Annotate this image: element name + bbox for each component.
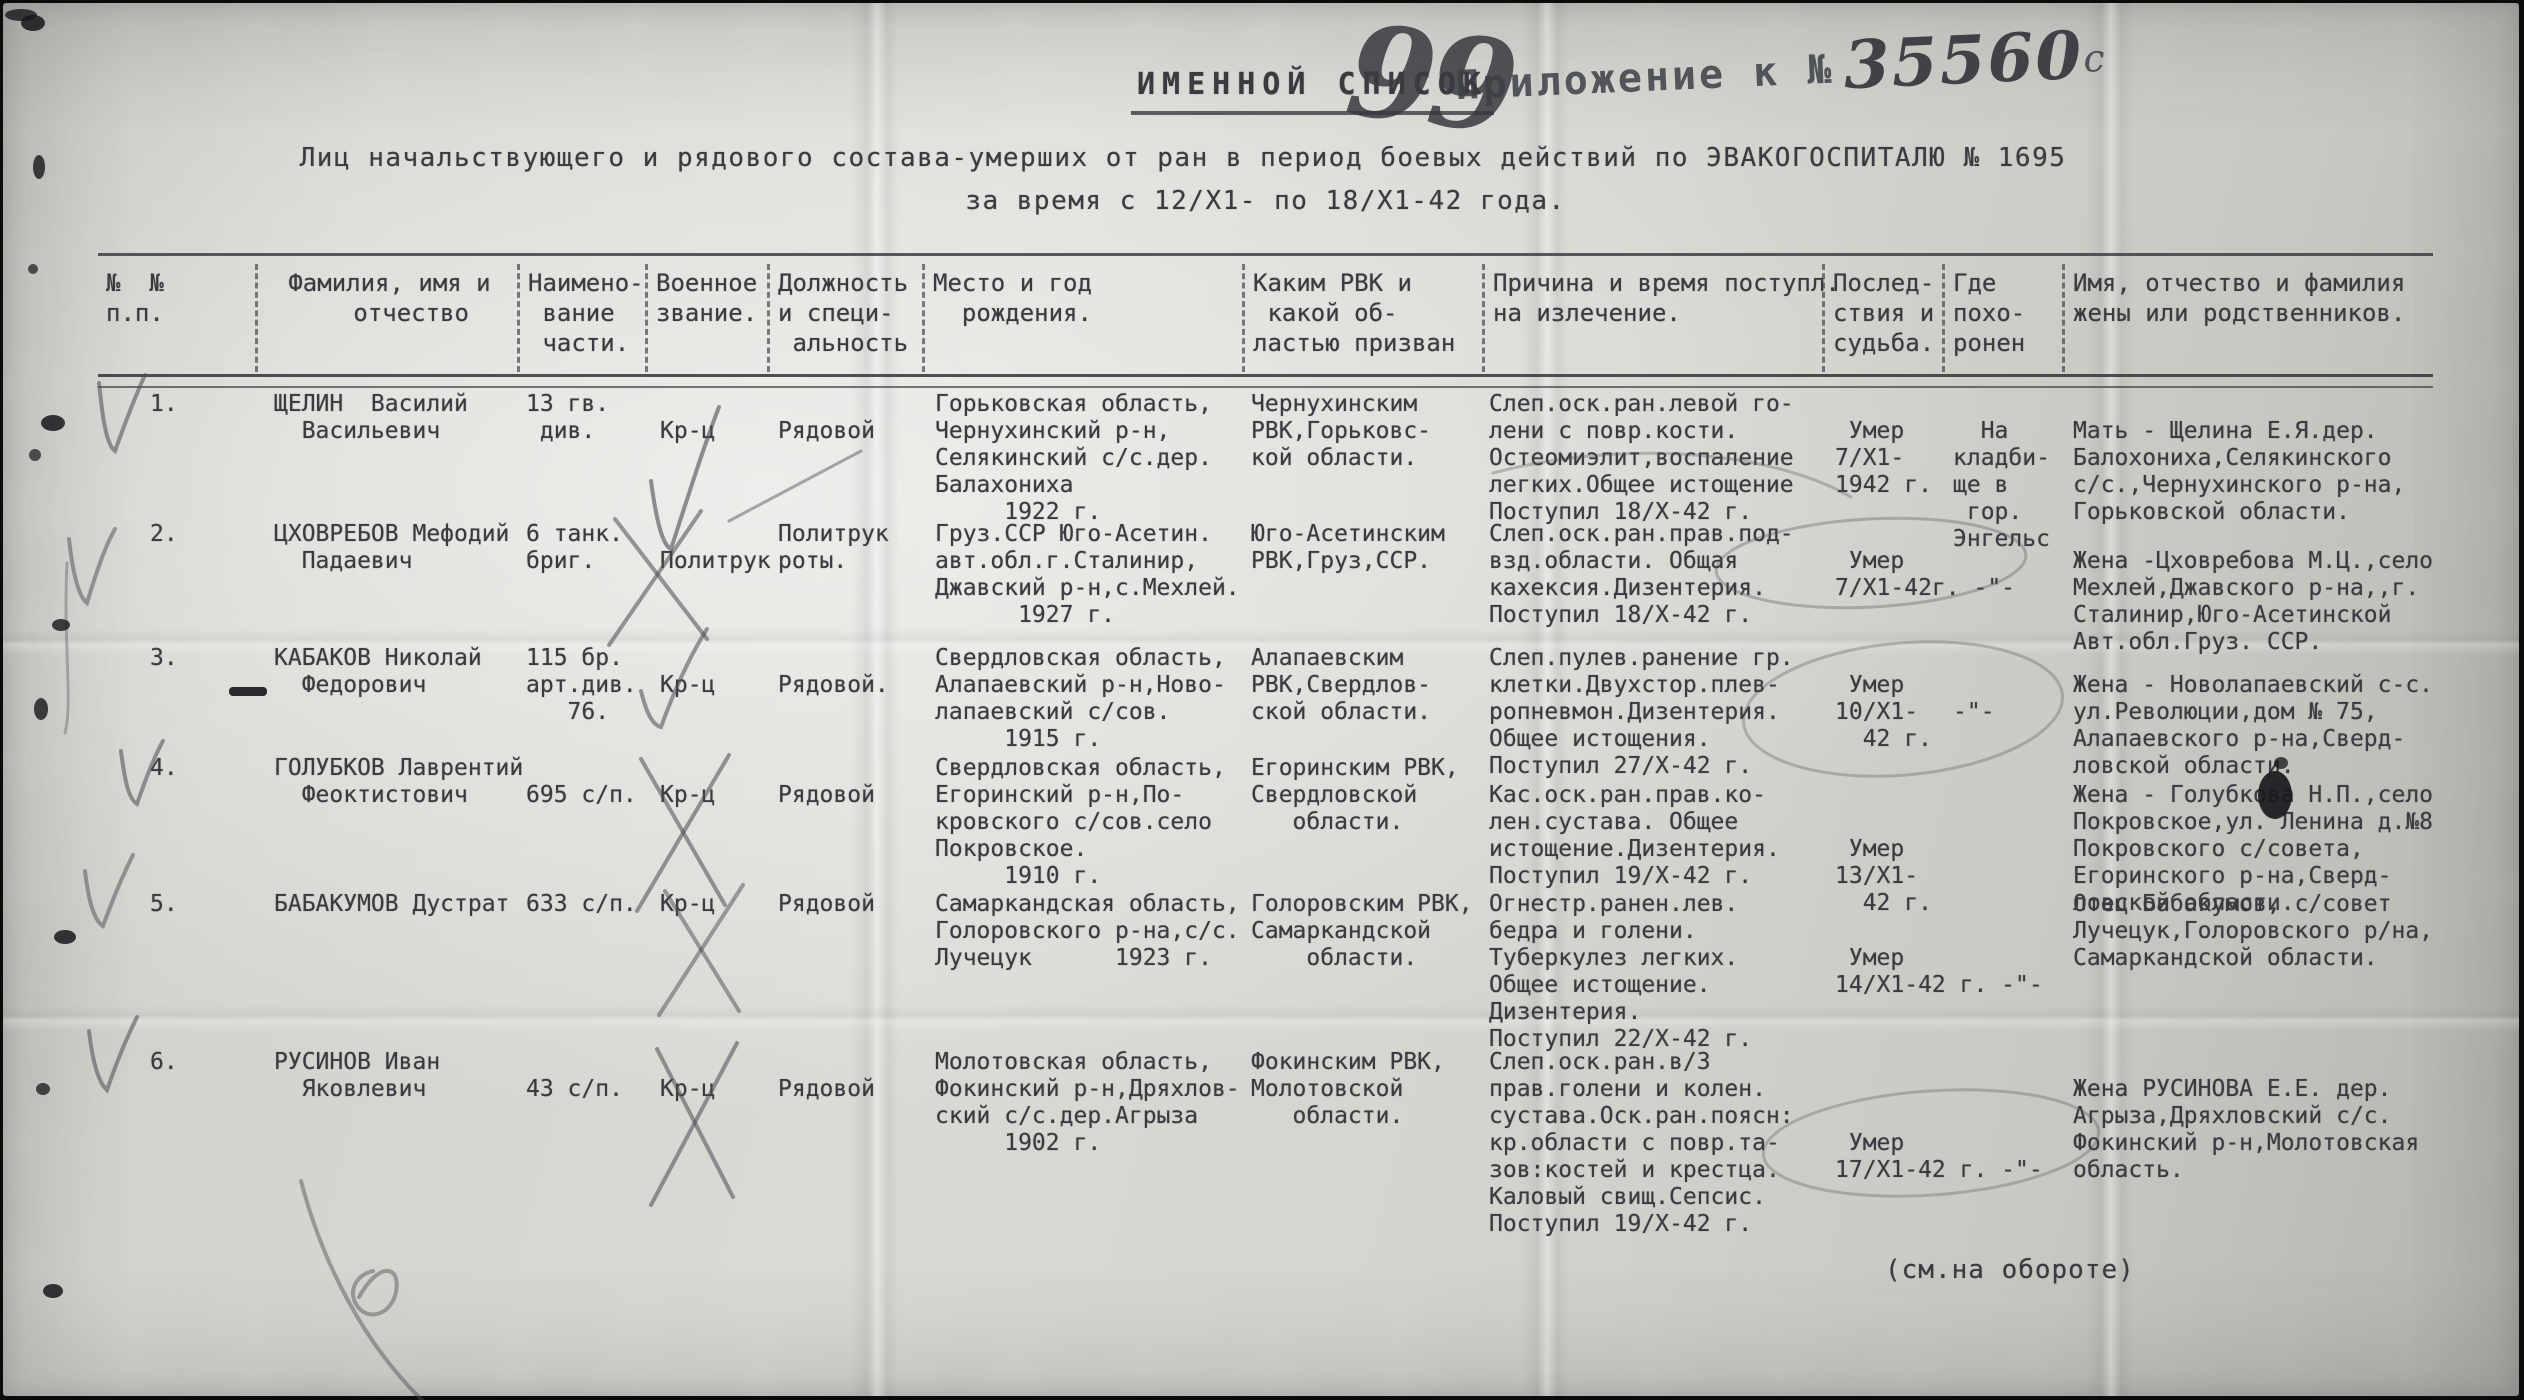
cell-relatives: Жена -Цховребова М.Ц.,село Мехлей,Джавск… — [2065, 521, 2433, 656]
cell-relatives: Отец Бабакумов, с/совет Лучецук,Голоровс… — [2065, 891, 2433, 1053]
cell-rank: Кр-ц — [648, 891, 770, 1053]
cell-relatives: Жена РУСИНОВА Е.Е. дер. Агрыза,Дряхловск… — [2065, 1049, 2433, 1238]
cell-birth: Молотовская область, Фокинский р-н,Дряхл… — [925, 1049, 1245, 1238]
cell-num: 2. — [98, 521, 258, 656]
cell-burial — [1945, 891, 2065, 1053]
cell-rvk: Юго-Асетинским РВК,Груз,ССР. — [1245, 521, 1485, 656]
col-header-rvk: Каким РВК и какой об- ластью призван — [1245, 264, 1485, 372]
cell-position: Рядовой — [770, 891, 925, 1053]
scanned-document: 99 Приложение к № 35560с ИМЕННОЙ СПИСОК … — [0, 0, 2524, 1400]
cell-burial — [1945, 1049, 2065, 1238]
cell-cause: Слеп.оск.ран.прав.под- взд.области. Обща… — [1485, 521, 1825, 656]
cell-fate: Умер 14/X1-42 г. -"- — [1825, 891, 1945, 1053]
paper-sheet: 99 Приложение к № 35560с ИМЕННОЙ СПИСОК … — [3, 3, 2519, 1396]
table-header: № № п.п. Фамилия, имя и отчество Наимено… — [98, 253, 2433, 388]
document-subtitle-line2: за время с 12/X1- по 18/X1-42 года. — [98, 186, 2433, 216]
pencil-squiggle — [353, 1271, 397, 1315]
cell-burial — [1945, 521, 2065, 656]
col-header-cause: Причина и время поступл. на излечение. — [1485, 264, 1825, 372]
pencil-stroke — [65, 563, 68, 733]
col-header-birth: Место и год рождения. — [925, 264, 1245, 372]
cell-birth: Груз.ССР Юго-Асетин. авт.обл.г.Сталинир,… — [925, 521, 1245, 656]
col-header-unit: Наимено- вание части. — [520, 264, 648, 372]
cell-name: БАБАКУМОВ Дустрат — [258, 891, 520, 1053]
cell-birth: Самаркандская область, Голоровского р-на… — [925, 891, 1245, 1053]
document-title: ИМЕННОЙ СПИСОК — [1131, 67, 1494, 115]
cell-unit: 6 танк. бриг. — [520, 521, 648, 656]
cell-name: ЦХОВРЕБОВ Мефодий Падаевич — [258, 521, 520, 656]
cell-cause: Слеп.оск.ран.в/3 прав.голени и колен. су… — [1485, 1049, 1825, 1238]
attachment-annotation: Приложение к № 35560с — [1454, 15, 2107, 121]
col-header-rank: Военное звание. — [648, 264, 770, 372]
cell-rank: Кр-ц — [648, 1049, 770, 1238]
col-header-burial: Где похо- ронен — [1945, 264, 2065, 372]
cell-unit: 43 с/п. — [520, 1049, 648, 1238]
table-row-2: 2. ЦХОВРЕБОВ Мефодий Падаевич 6 танк. бр… — [98, 521, 2433, 656]
cell-rvk: Фокинским РВК, Молотовской области. — [1245, 1049, 1485, 1238]
see-reverse-note: (см.на обороте) — [1885, 1255, 2135, 1285]
col-header-num: № № п.п. — [98, 264, 258, 372]
cell-name: РУСИНОВ Иван Яковлевич — [258, 1049, 520, 1238]
cell-fate: Умер 17/X1-42 г. -"- — [1825, 1049, 1945, 1238]
cell-num: 5. — [98, 891, 258, 1053]
cell-position: Рядовой — [770, 1049, 925, 1238]
document-subtitle-line1: Лиц начальствующего и рядового состава-у… — [3, 143, 2363, 173]
cell-fate: Умер 7/X1-42г. -"- — [1825, 521, 1945, 656]
table-row-5: 5. БАБАКУМОВ Дустрат 633 с/п. Кр-ц Рядов… — [98, 891, 2433, 1053]
cell-position: Политрук роты. — [770, 521, 925, 656]
attachment-suffix: с — [2082, 36, 2105, 81]
attachment-prefix: Приложение к № — [1454, 47, 1835, 109]
cell-cause: Огнестр.ранен.лев. бедра и голени. Тубер… — [1485, 891, 1825, 1053]
cell-rvk: Голоровским РВК, Самаркандской области. — [1245, 891, 1485, 1053]
col-header-relatives: Имя, отчество и фамилия жены или родстве… — [2065, 264, 2433, 372]
cell-num: 6. — [98, 1049, 258, 1238]
attachment-number: 35560 — [1842, 16, 2085, 104]
col-header-name: Фамилия, имя и отчество — [258, 264, 520, 372]
cell-unit: 633 с/п. — [520, 891, 648, 1053]
col-header-fate: Послед- ствия и судьба. — [1825, 264, 1945, 372]
col-header-position: Должность и специ- альность — [770, 264, 925, 372]
cell-rank: Политрук — [648, 521, 770, 656]
table-row-6: 6. РУСИНОВ Иван Яковлевич 43 с/п. Кр-ц Р… — [98, 1049, 2433, 1238]
header-double-rule — [98, 374, 2433, 388]
